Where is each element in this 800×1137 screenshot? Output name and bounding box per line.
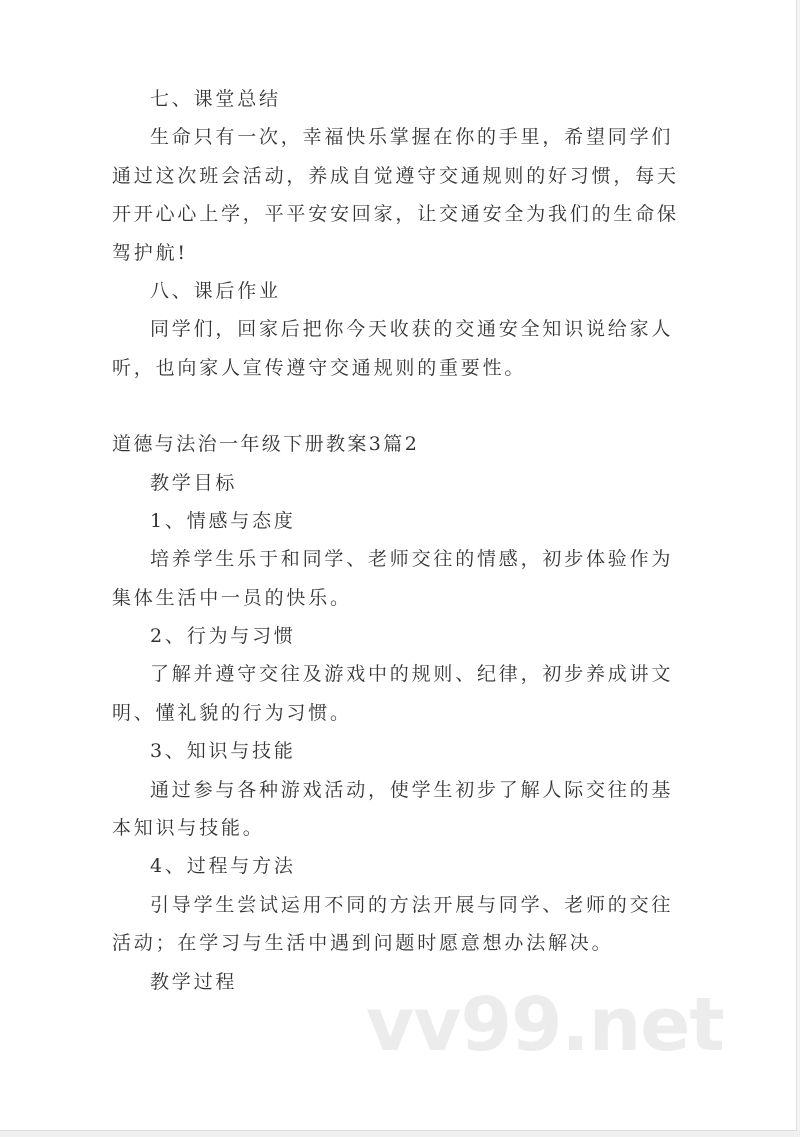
paragraph-line: 生命只有一次，幸福快乐掌握在你的手里，希望同学们: [112, 118, 684, 156]
paragraph-line: 本知识与技能。: [112, 809, 684, 847]
paragraph-line: 开开心心上学，平平安安回家，让交通安全为我们的生命保: [112, 195, 684, 233]
subsection-heading: 4、过程与方法: [112, 847, 684, 885]
document-page: 七、课堂总结 生命只有一次，幸福快乐掌握在你的手里，希望同学们 通过这次班会活动…: [0, 0, 797, 1131]
section-heading: 八、课后作业: [112, 272, 684, 310]
paragraph-line: 培养学生乐于和同学、老师交往的情感，初步体验作为: [112, 540, 684, 578]
paragraph-line: 听，也向家人宣传遵守交通规则的重要性。: [112, 349, 684, 387]
section-gap: [112, 387, 684, 425]
paragraph-line: 驾护航!: [112, 234, 684, 272]
paragraph-line: 活动；在学习与生活中遇到问题时愿意想办法解决。: [112, 924, 684, 962]
subsection-heading: 1、情感与态度: [112, 502, 684, 540]
section-heading: 教学目标: [112, 464, 684, 502]
paragraph-line: 明、懂礼貌的行为习惯。: [112, 694, 684, 732]
paragraph-line: 同学们，回家后把你今天收获的交通安全知识说给家人: [112, 310, 684, 348]
paragraph-line: 集体生活中一员的快乐。: [112, 579, 684, 617]
subsection-heading: 2、行为与习惯: [112, 617, 684, 655]
document-body: 七、课堂总结 生命只有一次，幸福快乐掌握在你的手里，希望同学们 通过这次班会活动…: [112, 80, 684, 1001]
subsection-heading: 3、知识与技能: [112, 732, 684, 770]
paragraph-line: 通过这次班会活动，养成自觉遵守交通规则的好习惯，每天: [112, 157, 684, 195]
paragraph-line: 了解并遵守交往及游戏中的规则、纪律，初步养成讲文: [112, 655, 684, 693]
paragraph-line: 引导学生尝试运用不同的方法开展与同学、老师的交往: [112, 886, 684, 924]
section-heading: 七、课堂总结: [112, 80, 684, 118]
page-edge-bottom: [0, 1131, 800, 1137]
document-title: 道德与法治一年级下册教案3篇2: [112, 425, 684, 463]
paragraph-line: 通过参与各种游戏活动，使学生初步了解人际交往的基: [112, 771, 684, 809]
watermark: vv99.net: [366, 988, 724, 1062]
